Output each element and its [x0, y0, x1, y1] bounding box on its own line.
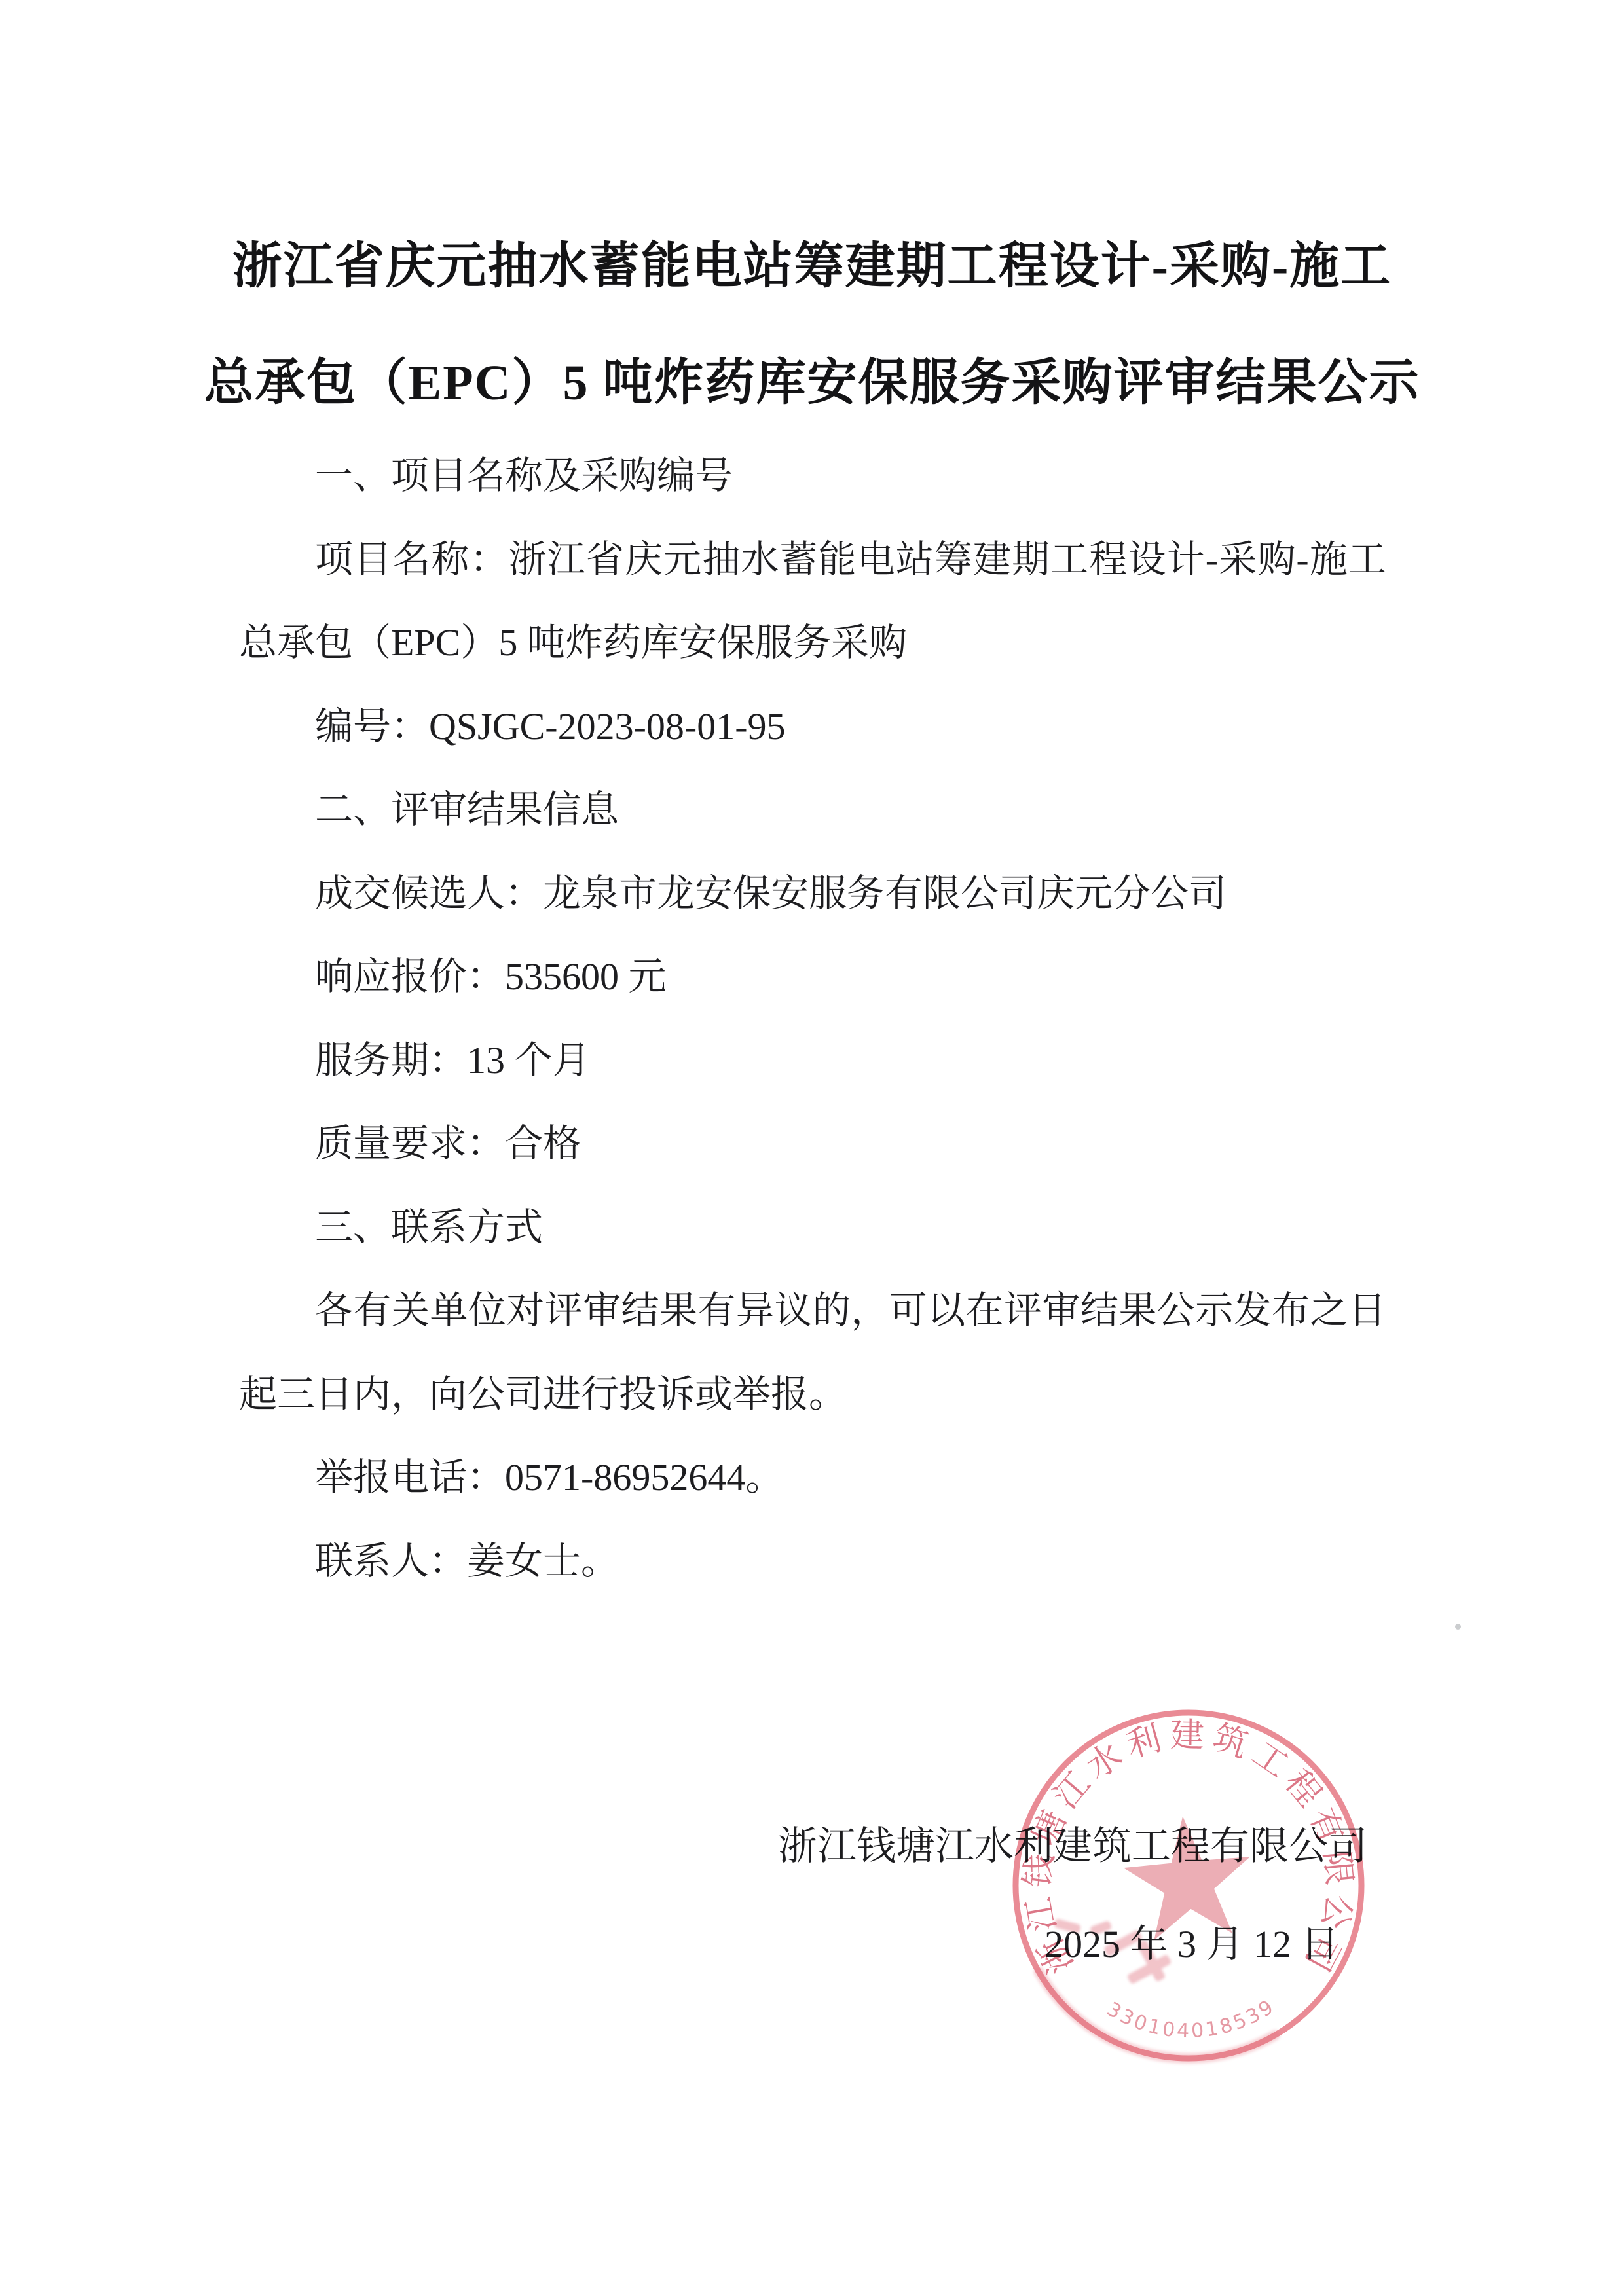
scan-artifact-dot	[1455, 1624, 1461, 1630]
announcement-page: 浙江省庆元抽水蓄能电站筹建期工程设计-采购-施工 总承包（EPC）5 吨炸药库安…	[0, 0, 1624, 2296]
body-line: 各有关单位对评审结果有异议的，可以在评审结果公示发布之日	[239, 1269, 1386, 1353]
company-seal-stamp: 浙江钱塘江水利建筑工程有限公司 3301040185398	[992, 1689, 1385, 2082]
title-line-1: 浙江省庆元抽水蓄能电站筹建期工程设计-采购-施工	[0, 208, 1624, 325]
body-line: 总承包（EPC）5 吨炸药库安保服务采购	[239, 601, 1386, 685]
body-line: 联系人：姜女士。	[239, 1520, 1386, 1603]
body-line: 举报电话：0571-86952644。	[239, 1436, 1386, 1520]
body-line: 服务期：13 个月	[239, 1019, 1386, 1102]
title-line-2: 总承包（EPC）5 吨炸药库安保服务采购评审结果公示	[0, 325, 1624, 441]
document-body: 一、项目名称及采购编号项目名称：浙江省庆元抽水蓄能电站筹建期工程设计-采购-施工…	[239, 434, 1386, 1603]
body-line: 编号：QSJGC-2023-08-01-95	[239, 685, 1386, 769]
body-line: 起三日内，向公司进行投诉或举报。	[239, 1353, 1386, 1436]
seal-star-icon	[1119, 1811, 1256, 1942]
body-line: 质量要求：合格	[239, 1102, 1386, 1186]
body-line: 二、评审结果信息	[239, 768, 1386, 852]
body-line: 三、联系方式	[239, 1186, 1386, 1269]
body-line: 响应报价：535600 元	[239, 935, 1386, 1019]
document-title: 浙江省庆元抽水蓄能电站筹建期工程设计-采购-施工 总承包（EPC）5 吨炸药库安…	[0, 208, 1624, 441]
body-line: 成交候选人：龙泉市龙安保安服务有限公司庆元分公司	[239, 852, 1386, 936]
body-line: 项目名称：浙江省庆元抽水蓄能电站筹建期工程设计-采购-施工	[239, 518, 1386, 602]
body-line: 一、项目名称及采购编号	[239, 434, 1386, 518]
